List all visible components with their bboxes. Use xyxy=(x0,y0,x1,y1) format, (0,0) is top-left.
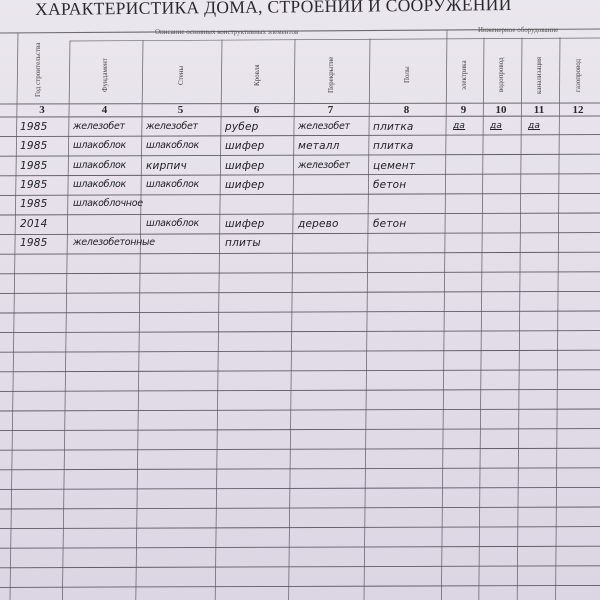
column-header-10: водопровод xyxy=(497,50,506,100)
cell-walls: шлакоблок xyxy=(146,218,199,229)
cell-roof: шифер xyxy=(225,160,265,172)
column-number-6: 6 xyxy=(242,104,272,116)
cell-year: 1985 xyxy=(20,140,48,152)
cell-floors: плитка xyxy=(373,140,414,152)
group-header-engineering: Инженерное оборудование xyxy=(478,26,558,34)
cell-floor_slab: железобет xyxy=(298,121,350,132)
cell-walls: кирпич xyxy=(146,160,187,172)
cell-floors: бетон xyxy=(373,218,406,230)
cell-walls: шлакоблок xyxy=(146,140,199,151)
cell-year: 1985 xyxy=(20,237,48,249)
cell-foundation: шлакоблок xyxy=(73,160,126,171)
cell-floor_slab: металл xyxy=(298,140,340,152)
column-header-6: Кровля xyxy=(253,50,262,100)
cell-year: 2014 xyxy=(20,218,48,230)
cell-roof: шифер xyxy=(225,179,265,191)
cell-roof: шифер xyxy=(225,218,265,230)
cell-foundation: железобет xyxy=(73,121,125,132)
cell-roof: плиты xyxy=(225,237,261,249)
cell-walls: шлакоблок xyxy=(146,179,199,190)
column-number-11: 11 xyxy=(524,104,554,116)
table-grid xyxy=(0,0,600,600)
cell-year: 1985 xyxy=(20,160,48,172)
column-header-7: Перекрытие xyxy=(327,50,336,100)
column-header-12: газопровод xyxy=(574,50,583,100)
column-header-11: канализация xyxy=(535,50,544,100)
cell-sewer: да xyxy=(528,121,540,131)
column-number-10: 10 xyxy=(486,104,516,116)
column-header-5: Стены xyxy=(177,50,186,100)
cell-walls: железобет xyxy=(146,121,198,132)
cell-roof: рубер xyxy=(225,121,258,133)
cell-foundation: шлакоблок xyxy=(73,179,126,190)
column-number-8: 8 xyxy=(392,104,422,116)
cell-water: да xyxy=(490,121,502,131)
cell-floors: плитка xyxy=(373,121,414,133)
cell-year: 1985 xyxy=(20,179,48,191)
cell-floors: цемент xyxy=(373,160,415,172)
group-header-construction: Описание основных конструктивных элемент… xyxy=(155,28,298,36)
column-header-3: Год строительства xyxy=(34,42,54,98)
cell-year: 1985 xyxy=(20,121,48,133)
cell-floors: бетон xyxy=(373,179,406,191)
cell-floor_slab: дерево xyxy=(298,218,339,230)
column-header-9: электрика xyxy=(460,50,469,100)
column-number-9: 9 xyxy=(449,104,479,116)
cell-roof: шифер xyxy=(225,140,265,152)
column-number-4: 4 xyxy=(90,104,120,116)
cell-foundation: шлакоблок xyxy=(73,140,126,151)
cell-foundation: шлакоблочное xyxy=(73,198,143,209)
cell-floor_slab: железобет xyxy=(298,160,350,171)
cell-foundation: железобетонные xyxy=(73,237,155,248)
column-header-8: Полы xyxy=(403,50,412,100)
column-number-12: 12 xyxy=(563,104,593,116)
column-number-7: 7 xyxy=(316,104,346,116)
cell-electric: да xyxy=(453,121,465,131)
column-header-4: Фундамент xyxy=(101,50,110,100)
cell-year: 1985 xyxy=(20,198,48,210)
column-number-5: 5 xyxy=(166,104,196,116)
column-number-3: 3 xyxy=(27,104,57,116)
